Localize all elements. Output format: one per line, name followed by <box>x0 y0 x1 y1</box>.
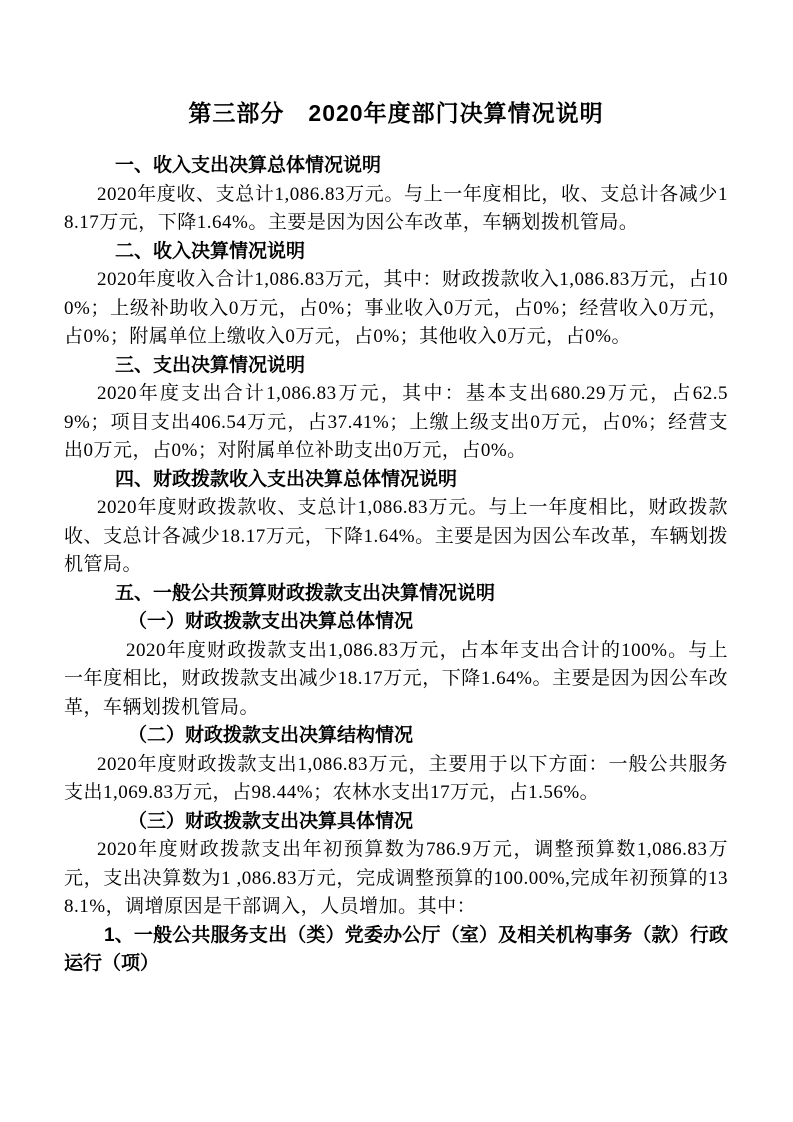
section-1-body: 2020年度收、支总计1,086.83万元。与上一年度相比，收、支总计各减少18… <box>64 181 728 238</box>
document-page: 第三部分 2020年度部门决算情况说明 一、收入支出决算总体情况说明 2020年… <box>0 0 793 1122</box>
section-4-body: 2020年度财政拨款收、支总计1,086.83万元。与上一年度相比，财政拨款收、… <box>64 494 728 580</box>
section-5-sub-3-heading: （三）财政拨款支出决算具体情况 <box>64 808 728 837</box>
section-4-heading: 四、财政拨款收入支出决算总体情况说明 <box>64 466 728 495</box>
section-3-body: 2020年度支出合计1,086.83万元，其中：基本支出680.29万元，占62… <box>64 380 728 466</box>
section-5-sub-3-body: 2020年度财政拨款支出年初预算数为786.9万元，调整预算数1,086.83万… <box>64 836 728 922</box>
section-1-heading: 一、收入支出决算总体情况说明 <box>64 152 728 181</box>
section-5-heading: 五、一般公共预算财政拨款支出决算情况说明 <box>64 580 728 609</box>
section-2-heading: 二、收入决算情况说明 <box>64 238 728 267</box>
document-title-text: 第三部分 2020年度部门决算情况说明 <box>188 100 603 126</box>
section-5-sub-2-heading: （二）财政拨款支出决算结构情况 <box>64 722 728 751</box>
section-5-sub-2-body: 2020年度财政拨款支出1,086.83万元，主要用于以下方面：一般公共服务支出… <box>64 751 728 808</box>
section-5-sub-1-heading: （一）财政拨款支出决算总体情况 <box>64 608 728 637</box>
section-2-body: 2020年度收入合计1,086.83万元，其中：财政拨款收入1,086.83万元… <box>64 266 728 352</box>
section-5-sub-1-body: 2020年度财政拨款支出1,086.83万元，占本年支出合计的100%。与上一年… <box>64 637 728 723</box>
document-title: 第三部分 2020年度部门决算情况说明 <box>64 97 728 130</box>
section-3-heading: 三、支出决算情况说明 <box>64 352 728 381</box>
section-5-item-1-heading: 1、一般公共服务支出（类）党委办公厅（室）及相关机构事务（款）行政运行（项） <box>64 922 728 979</box>
